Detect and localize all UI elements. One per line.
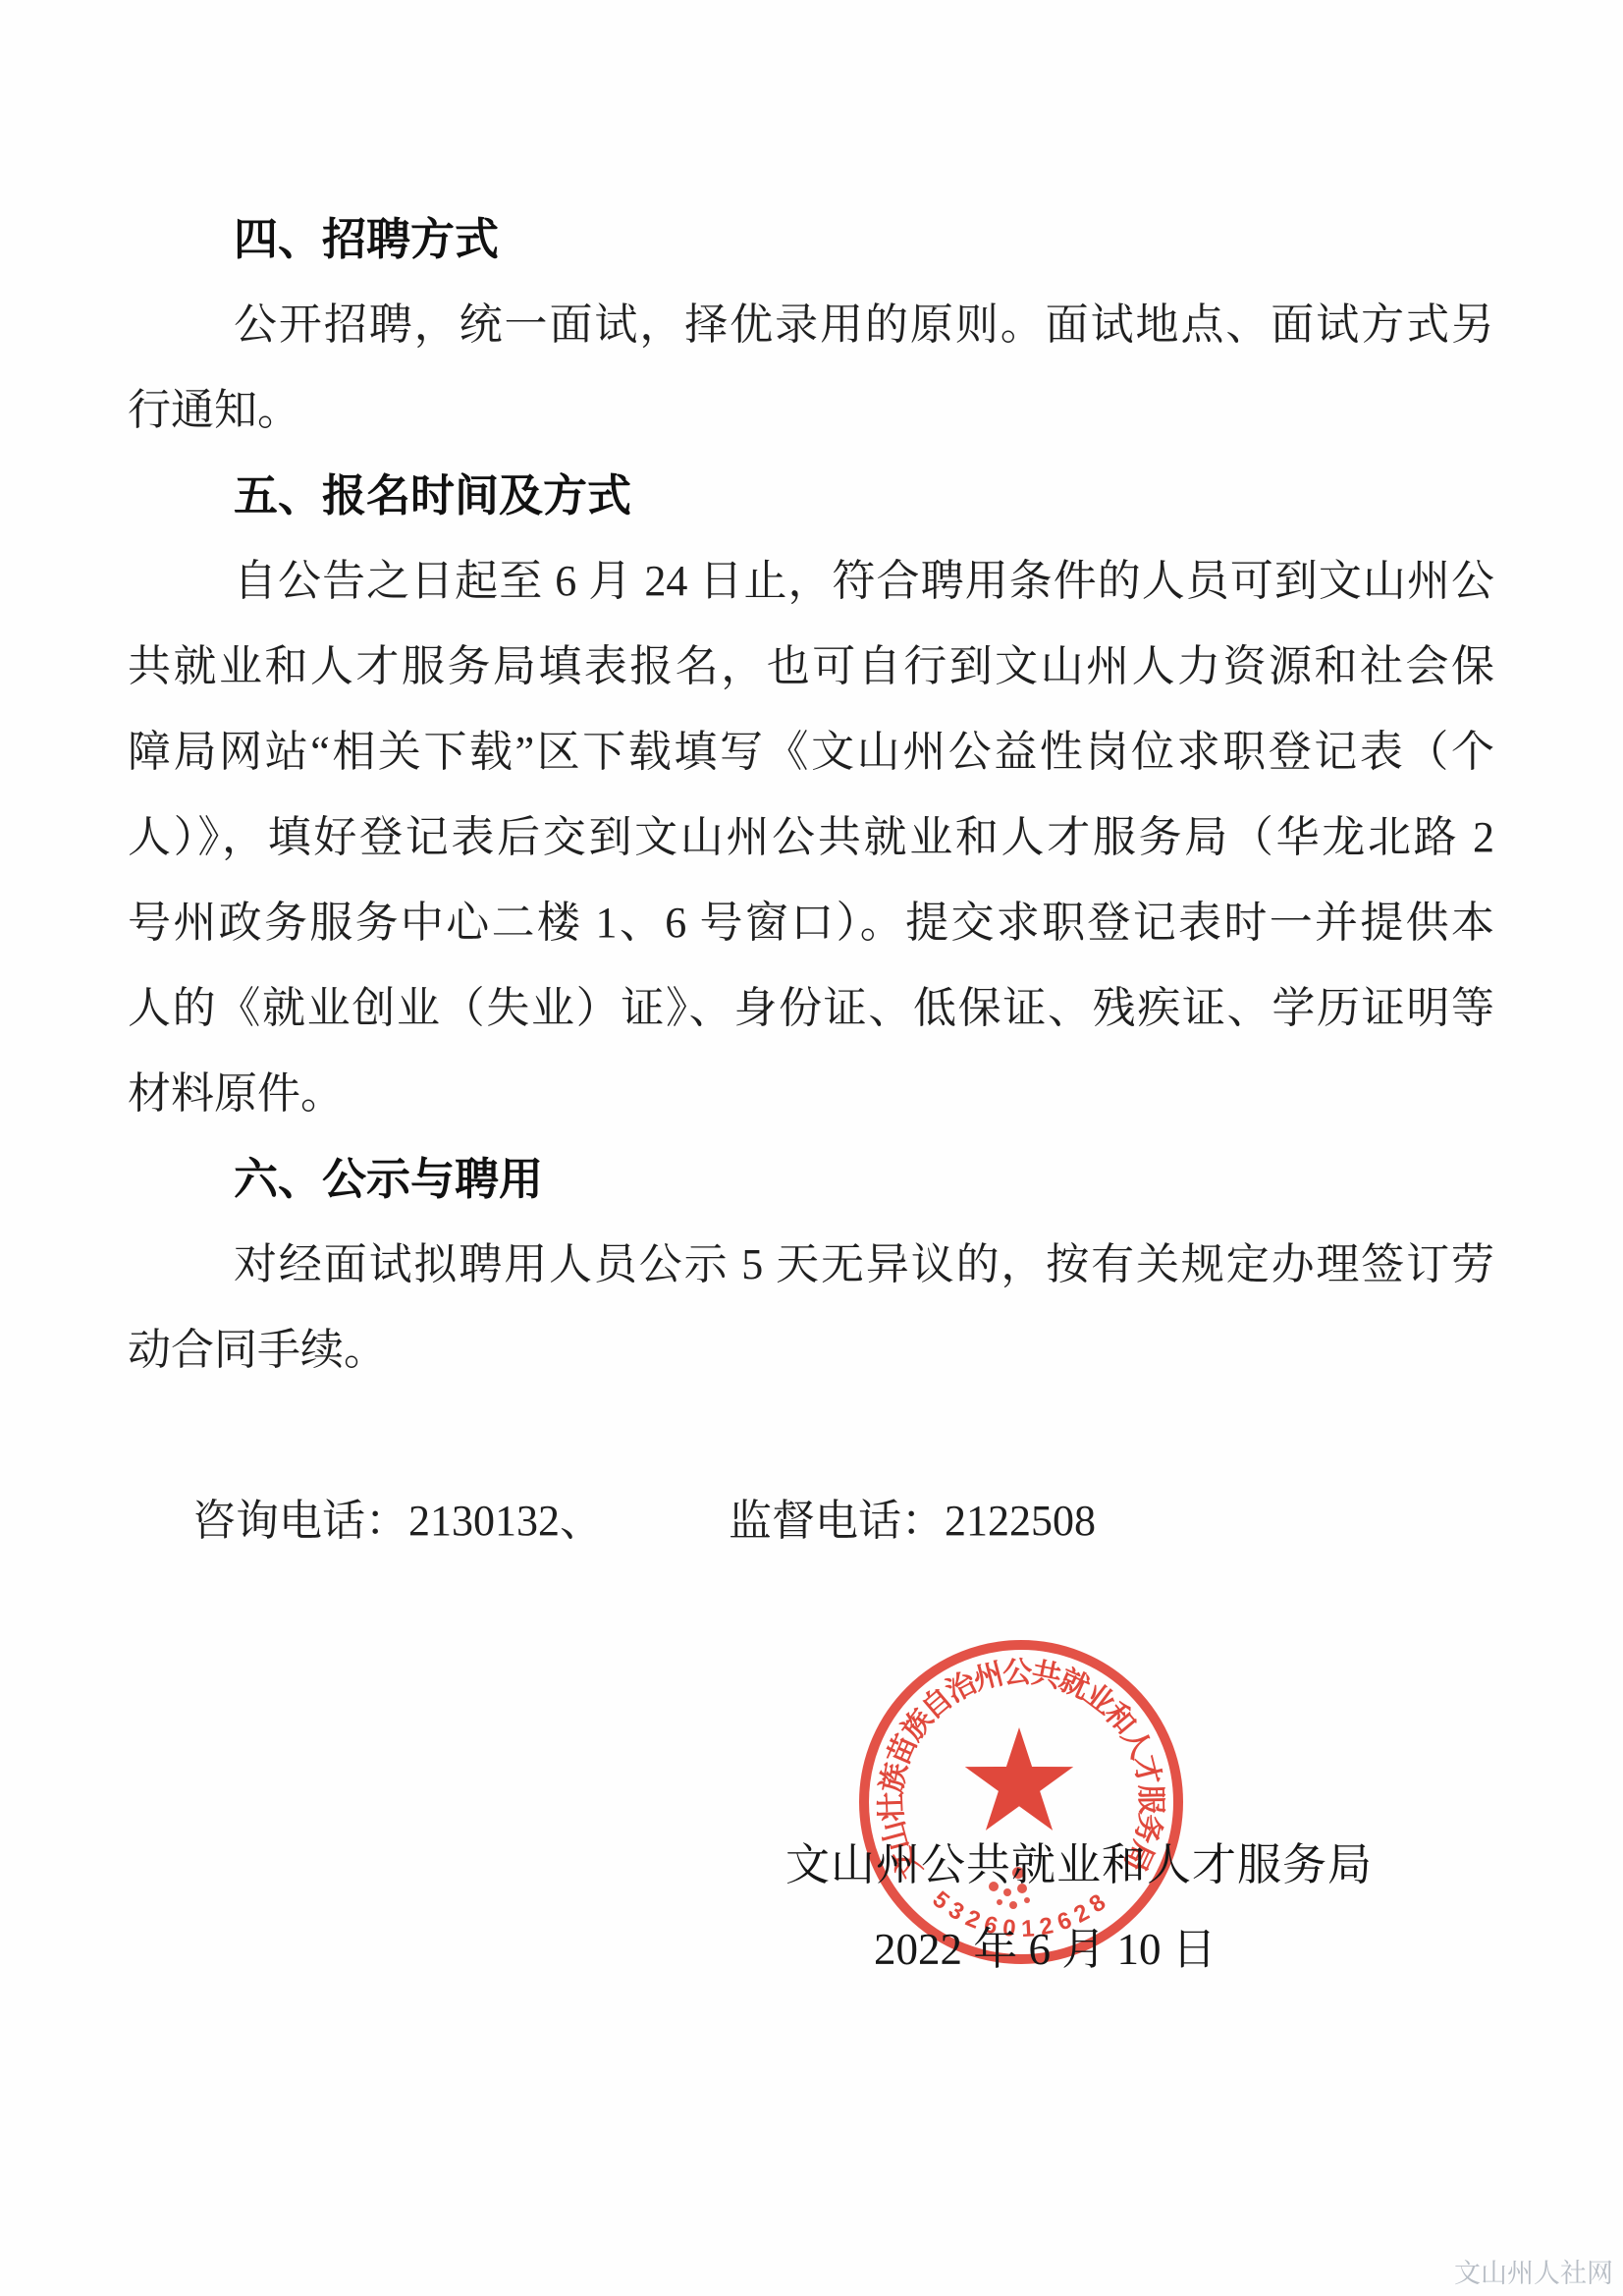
paragraph-line: 动合同手续。 xyxy=(128,1307,1494,1393)
issue-date: 2022 年 6 月 10 日 xyxy=(874,1913,1217,1977)
site-watermark: 文山州人社网 xyxy=(1454,2252,1613,2290)
supervise-phone-label: 监督电话： xyxy=(729,1497,945,1545)
paragraph-line: 人的《就业创业（失业）证》、身份证、低保证、残疾证、学历证明等 xyxy=(128,965,1494,1051)
paragraph-line: 自公告之日起至 6 月 24 日止，符合聘用条件的人员可到文山州公 xyxy=(128,538,1494,624)
paragraph-line: 障局网站“相关下载”区下载填写《文山州公益性岗位求职登记表（个 xyxy=(128,709,1494,794)
section-heading-5: 五、报名时间及方式 xyxy=(128,453,1494,538)
contact-phones-line: 咨询电话：2130132、监督电话：2122508 xyxy=(128,1393,1494,1649)
paragraph-line: 公开招聘，统一面试，择优录用的原则。面试地点、面试方式另 xyxy=(128,282,1494,367)
paragraph-line: 材料原件。 xyxy=(128,1051,1494,1136)
paragraph-line: 行通知。 xyxy=(128,367,1494,453)
seal-star-icon xyxy=(965,1727,1073,1831)
supervise-phone-number: 2122508 xyxy=(945,1497,1096,1545)
section-heading-6: 六、公示与聘用 xyxy=(128,1136,1494,1222)
paragraph-line: 号州政务服务中心二楼 1、6 号窗口）。提交求职登记表时一并提供本 xyxy=(128,880,1494,965)
consult-phone-number: 2130132、 xyxy=(408,1497,603,1545)
section-heading-4: 四、招聘方式 xyxy=(128,196,1494,282)
paragraph-line: 共就业和人才服务局填表报名，也可自行到文山州人力资源和社会保 xyxy=(128,624,1494,709)
issuer-signature: 文山州公共就业和人才服务局 xyxy=(785,1829,1373,1892)
document-page: 四、招聘方式 公开招聘，统一面试，择优录用的原则。面试地点、面试方式另 行通知。… xyxy=(0,0,1623,2296)
paragraph-line: 对经面试拟聘用人员公示 5 天无异议的，按有关规定办理签订劳 xyxy=(128,1222,1494,1307)
paragraph-line: 人）》，填好登记表后交到文山州公共就业和人才服务局（华龙北路 2 xyxy=(128,794,1494,880)
consult-phone-label: 咨询电话： xyxy=(192,1497,408,1545)
document-body: 四、招聘方式 公开招聘，统一面试，择优录用的原则。面试地点、面试方式另 行通知。… xyxy=(128,196,1494,1649)
